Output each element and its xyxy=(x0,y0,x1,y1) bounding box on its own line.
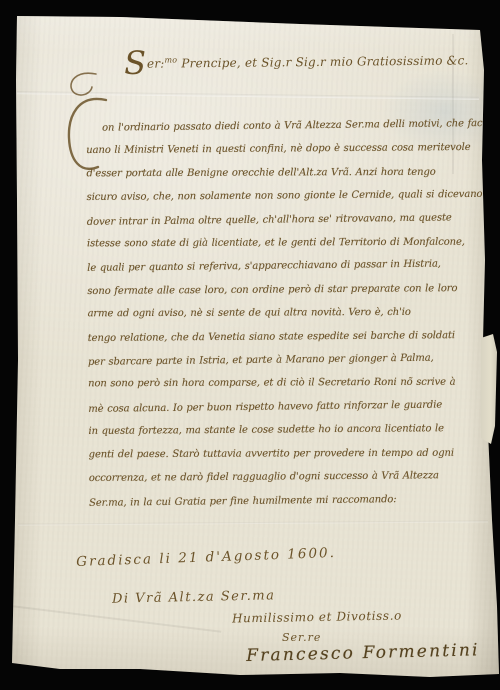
letter-line: sicuro aviso, che, non solamente non son… xyxy=(87,183,487,210)
paper-edge-flap xyxy=(481,334,497,444)
letter-line: Ser.ma, in la cui Gratia per fine humilm… xyxy=(89,486,489,514)
letter-line: on l'ordinario passato diedi conto à Vrã… xyxy=(86,112,486,140)
letter-line: occorrenza, et ne darò fidel ragguaglio … xyxy=(89,464,489,491)
letter-line: in questa fortezza, ma stante le cose su… xyxy=(88,417,488,444)
letter-line: uano li Ministri Veneti in questi confin… xyxy=(86,136,486,163)
heading-abbrev: er: xyxy=(147,57,165,71)
letter-line: arme ad ogni aviso, nè si sente de qui a… xyxy=(88,301,488,326)
letter-line: mè cosa alcuna. Io per buon rispetto hav… xyxy=(88,393,488,421)
heading-initial: S xyxy=(124,44,147,82)
manuscript-photo: Ser:mo Prencipe, et Sig.r Sig.r mio Grat… xyxy=(0,0,500,690)
paper-sheet: Ser:mo Prencipe, et Sig.r Sig.r mio Grat… xyxy=(0,0,500,690)
heading-superscript: mo xyxy=(164,55,177,64)
letter-line: dover intrar in Palma oltre quelle, ch'a… xyxy=(87,206,487,234)
letter-line: sono fermate alle case loro, con ordine … xyxy=(87,277,487,304)
letter-line: d'esser portata alle Benigne orecchie de… xyxy=(86,160,486,185)
valediction-line-2: Ser.re xyxy=(282,631,321,644)
letter-body: on l'ordinario passato diedi conto à Vrã… xyxy=(86,113,489,514)
letter-line: genti del paese. Starò tuttavia avvertit… xyxy=(89,441,489,466)
valediction-line-1: Humilissimo et Divotiss.o xyxy=(232,609,402,626)
letter-line: non sono però sin hora comparse, et di c… xyxy=(88,371,488,396)
